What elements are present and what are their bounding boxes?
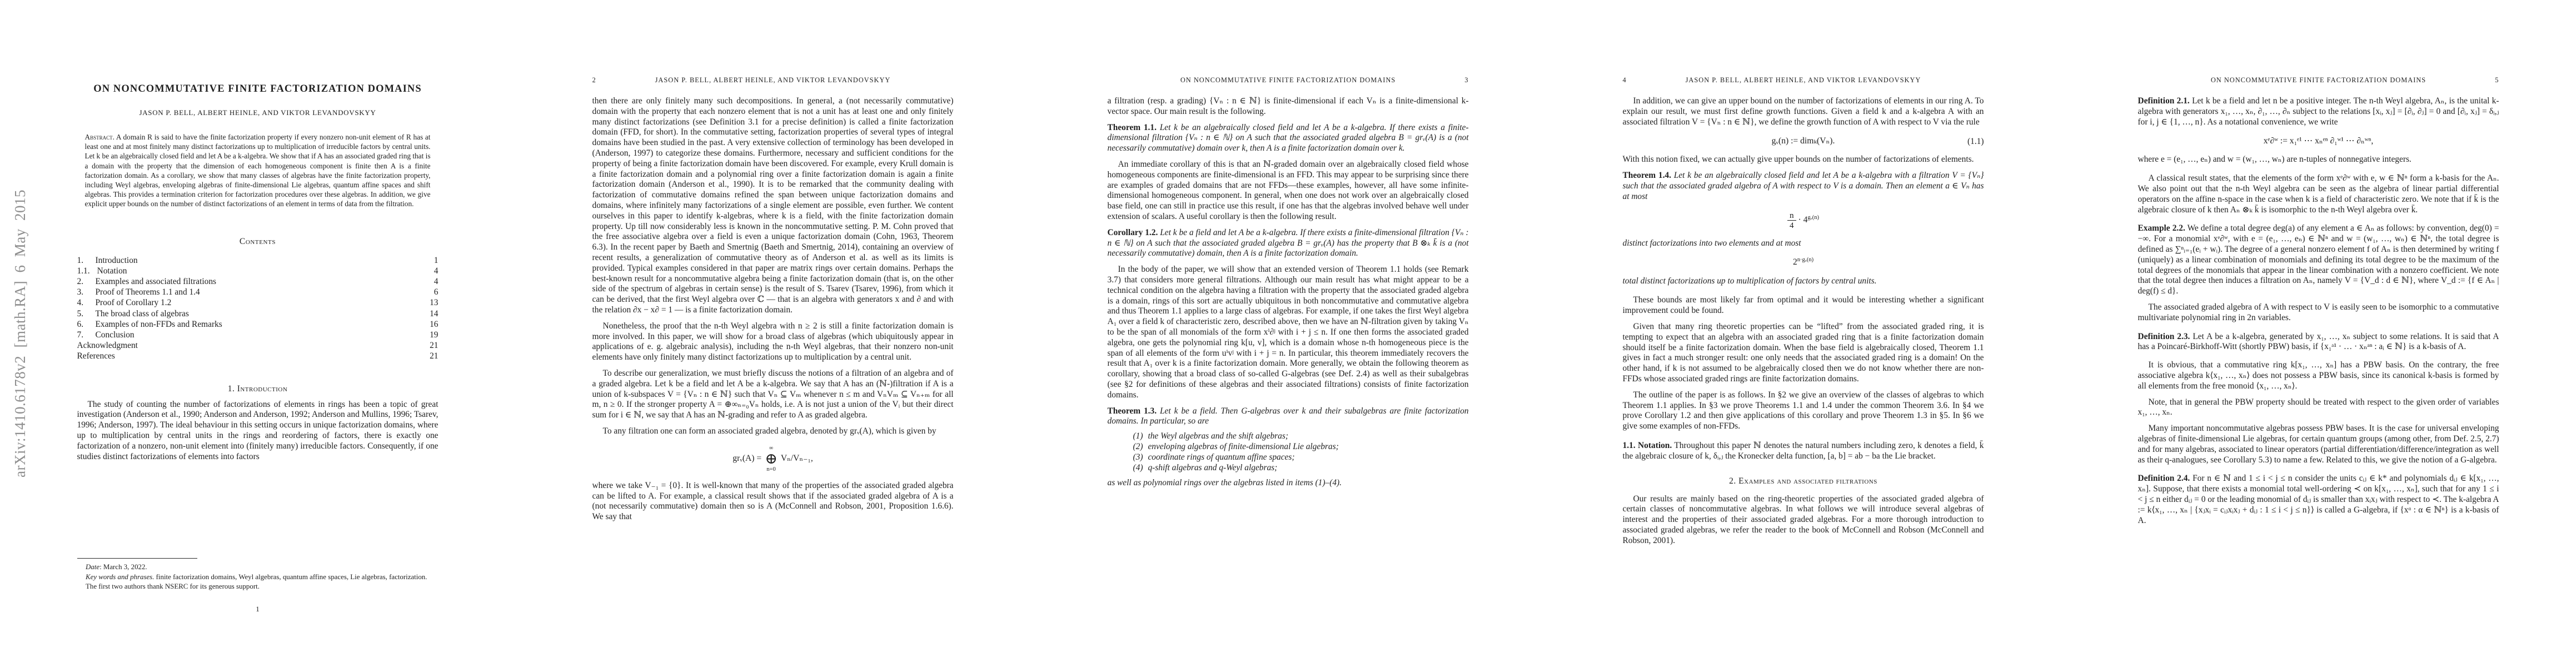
definition-head: Definition 2.4. xyxy=(2138,474,2190,483)
page-4: 4JASON P. BELL, ALBERT HEINLE, AND VIKTO… xyxy=(1546,0,2061,667)
toc-label: Proof of Theorems 1.1 and 1.4 xyxy=(96,287,200,297)
running-head: 4JASON P. BELL, ALBERT HEINLE, AND VIKTO… xyxy=(1623,0,1984,84)
theorem-head: Theorem 1.4. xyxy=(1623,171,1671,180)
toc-label: References xyxy=(77,351,115,361)
toc-number: 3. xyxy=(77,287,88,297)
toc-page: 4 xyxy=(434,266,439,276)
toc-label: Examples and associated filtrations xyxy=(96,276,217,287)
definition-2-1: Definition 2.1. Let k be a field and let… xyxy=(2138,96,2499,127)
toc-page: 19 xyxy=(430,330,438,340)
item-text: q-shift algebras and q-Weyl algebras; xyxy=(1148,463,1277,474)
table-of-contents: 1.Introduction1 1.1.Notation4 2.Examples… xyxy=(77,255,439,362)
page-5-column: ON NONCOMMUTATIVE FINITE FACTORIZATION D… xyxy=(2138,0,2499,526)
bound-formula-two-factors: n4 · 4gᵥ(n) xyxy=(1623,211,1984,230)
theorem-item: (3)coordinate rings of quantum affine sp… xyxy=(1133,452,1469,463)
toc-row: 3.Proof of Theorems 1.1 and 1.46 xyxy=(77,287,439,297)
toc-number: 2. xyxy=(77,276,88,287)
bigoplus-lower-limit: n=0 xyxy=(766,466,775,472)
theorem-body: Let k be an algebraically closed field a… xyxy=(1623,171,1984,201)
paragraph: To describe our generalization, we must … xyxy=(592,369,954,421)
item-number: (3) xyxy=(1133,452,1143,463)
toc-label: Proof of Corollary 1.2 xyxy=(96,297,172,308)
theorem-head: Theorem 1.1. xyxy=(1108,123,1157,132)
toc-row: 4.Proof of Corollary 1.213 xyxy=(77,297,439,308)
paragraph: It is obvious, that a commutative ring k… xyxy=(2138,360,2499,391)
example-head: Example 2.2. xyxy=(2138,223,2185,233)
definition-2-3: Definition 2.3. Let A be a k-algebra, ge… xyxy=(2138,332,2499,353)
definition-head: Definition 2.1. xyxy=(2138,96,2190,106)
theorem-1-3: Theorem 1.3. Let k be a field. Then G-al… xyxy=(1108,406,1469,427)
paragraph: Given that many ring theoretic propertie… xyxy=(1623,322,1984,385)
authors-line: JASON P. BELL, ALBERT HEINLE, AND VIKTOR… xyxy=(77,108,439,117)
paragraph: Many important noncommutative algebras p… xyxy=(2138,424,2499,465)
toc-label: Acknowledgment xyxy=(77,340,138,351)
paragraph: An immediate corollary of this is that a… xyxy=(1108,160,1469,222)
toc-number: 5. xyxy=(77,308,88,319)
toc-page: 16 xyxy=(430,319,438,330)
theorem-1-3-outro: as well as polynomial rings over the alg… xyxy=(1108,478,1469,489)
page-1-column: ON NONCOMMUTATIVE FINITE FACTORIZATION D… xyxy=(77,0,439,462)
paragraph: In the body of the paper, we will show t… xyxy=(1108,265,1469,400)
toc-page: 13 xyxy=(430,297,438,308)
formula-rhs: Vₙ/Vₙ₋₁, xyxy=(781,454,813,463)
toc-row: 5.The broad class of algebras14 xyxy=(77,308,439,319)
running-head-title: ON NONCOMMUTATIVE FINITE FACTORIZATION D… xyxy=(2211,76,2426,84)
toc-row: 7.Conclusion19 xyxy=(77,330,439,340)
theorem-1-4: Theorem 1.4. Let k be an algebraically c… xyxy=(1623,171,1984,202)
footnote-block: Date: March 3, 2022. Key words and phras… xyxy=(77,558,439,592)
keywords-text: finite factorization domains, Weyl algeb… xyxy=(154,573,427,581)
theorem-body: Let k be an algebraically closed field a… xyxy=(1108,123,1469,153)
theorem-body: Let k be a field. Then G-algebras over k… xyxy=(1108,406,1469,426)
section-1-heading: 1. Introduction xyxy=(77,384,439,394)
weyl-monomial-formula: xᵉ∂ʷ := x₁ᵉ¹ ⋯ xₙᵉⁿ ∂₁ʷ¹ ⋯ ∂ₙʷⁿ, xyxy=(2138,136,2499,146)
corollary-1-2: Corollary 1.2. Let k be a field and let … xyxy=(1108,228,1469,259)
toc-row: 1.1.Notation4 xyxy=(77,266,439,276)
corollary-head: Corollary 1.2. xyxy=(1108,228,1158,237)
paragraph: where we take V₋₁ = {0}. It is well-know… xyxy=(592,481,954,522)
toc-label: Conclusion xyxy=(96,330,134,340)
paragraph: Our results are mainly based on the ring… xyxy=(1623,494,1984,546)
formula-base: 2 xyxy=(1793,258,1797,267)
paragraph: Nonetheless, the proof that the n-th Wey… xyxy=(592,321,954,363)
equation-body: gᵥ(n) := dimₖ(Vₙ). xyxy=(1772,136,1835,146)
definition-head: Definition 2.3. xyxy=(2138,332,2190,341)
definition-body: Let A be a k-algebra, generated by x₁, …… xyxy=(2138,332,2499,352)
paragraph: Note, that in general the PBW property s… xyxy=(2138,397,2499,419)
date-label: Date xyxy=(86,563,99,571)
bigoplus-operator: ⊕ xyxy=(765,451,778,466)
toc-label: The broad class of algebras xyxy=(96,308,189,319)
toc-page: 21 xyxy=(430,340,438,351)
toc-label: Introduction xyxy=(96,255,138,266)
fraction: n4 xyxy=(1787,211,1796,230)
paragraph: where e = (e₁, …, eₙ) and w = (w₁, …, wₙ… xyxy=(2138,155,2499,165)
footnote-keywords: Key words and phrases. finite factorizat… xyxy=(77,573,439,583)
running-head-page-number: 4 xyxy=(1623,76,1627,84)
fraction-denominator: 4 xyxy=(1787,221,1796,230)
example-body: We define a total degree deg(a) of any e… xyxy=(2138,223,2499,296)
document-canvas: arXiv:1410.6178v2 [math.RA] 6 May 2015 O… xyxy=(0,0,2576,667)
toc-row: Acknowledgment21 xyxy=(77,340,439,351)
fraction-numerator: n xyxy=(1787,211,1796,221)
toc-page: 14 xyxy=(430,308,438,319)
paragraph: The outline of the paper is as follows. … xyxy=(1623,390,1984,432)
running-head-title: ON NONCOMMUTATIVE FINITE FACTORIZATION D… xyxy=(1180,76,1396,84)
toc-number: 4. xyxy=(77,297,88,308)
paragraph: These bounds are most likely far from op… xyxy=(1623,295,1984,316)
footnote-date: Date: March 3, 2022. xyxy=(77,563,439,573)
running-head-page-number: 3 xyxy=(1464,76,1468,84)
running-head-authors: JASON P. BELL, ALBERT HEINLE, AND VIKTOR… xyxy=(1686,76,1921,84)
example-2-2: Example 2.2. We define a total degree de… xyxy=(2138,223,2499,297)
toc-label: Notation xyxy=(97,266,127,276)
toc-page: 1 xyxy=(434,255,439,266)
page-1: arXiv:1410.6178v2 [math.RA] 6 May 2015 O… xyxy=(0,0,515,667)
running-head: 2JASON P. BELL, ALBERT HEINLE, AND VIKTO… xyxy=(592,0,954,84)
abstract-label: Abstract. xyxy=(85,133,114,141)
toc-number: 7. xyxy=(77,330,88,340)
item-text: enveloping algebras of finite-dimensiona… xyxy=(1148,442,1338,452)
formula-superscript: n·gᵥ(n) xyxy=(1797,257,1813,263)
paper-title: ON NONCOMMUTATIVE FINITE FACTORIZATION D… xyxy=(77,0,439,95)
notation-block: 1.1. Notation. Throughout this paper ℕ d… xyxy=(1623,441,1984,462)
running-head-page-number: 2 xyxy=(592,76,596,84)
toc-row: References21 xyxy=(77,351,439,361)
toc-number: 1.1. xyxy=(77,266,90,276)
paragraph: To any filtration one can form an associ… xyxy=(592,426,954,437)
bigoplus-stack: ∞⊕n=0 xyxy=(765,445,778,472)
notation-body: Throughout this paper ℕ denotes the natu… xyxy=(1623,441,1984,461)
page-4-column: 4JASON P. BELL, ALBERT HEINLE, AND VIKTO… xyxy=(1623,0,1984,546)
paragraph: With this notion fixed, we can actually … xyxy=(1623,155,1984,165)
item-number: (4) xyxy=(1133,463,1143,474)
theorem-item: (1)the Weyl algebras and the shift algeb… xyxy=(1133,431,1469,442)
running-head: ON NONCOMMUTATIVE FINITE FACTORIZATION D… xyxy=(2138,0,2499,84)
contents-heading: Contents xyxy=(77,237,439,247)
theorem-1-3-list: (1)the Weyl algebras and the shift algeb… xyxy=(1108,431,1469,473)
running-head-authors: JASON P. BELL, ALBERT HEINLE, AND VIKTOR… xyxy=(655,76,891,84)
intro-paragraph: The study of counting the number of fact… xyxy=(77,400,439,462)
formula-superscript: gᵥ(n) xyxy=(1807,214,1819,220)
theorem-item: (4)q-shift algebras and q-Weyl algebras; xyxy=(1133,463,1469,474)
bound-formula-total: 2n·gᵥ(n) xyxy=(1623,257,1984,267)
definition-body: For n ∈ ℕ and 1 ≤ i < j ≤ n consider the… xyxy=(2138,474,2499,525)
toc-page: 4 xyxy=(434,276,439,287)
notation-head: 1.1. Notation. xyxy=(1623,441,1672,450)
paragraph: then there are only finitely many such d… xyxy=(592,96,954,316)
footnote-support: The first two authors thank NSERC for it… xyxy=(77,582,439,592)
running-head: ON NONCOMMUTATIVE FINITE FACTORIZATION D… xyxy=(1108,0,1469,84)
toc-label: Examples of non-FFDs and Remarks xyxy=(96,319,222,330)
abstract-text: A domain R is said to have the finite fa… xyxy=(85,133,431,208)
toc-row: 1.Introduction1 xyxy=(77,255,439,266)
definition-2-4: Definition 2.4. For n ∈ ℕ and 1 ≤ i < j … xyxy=(2138,474,2499,526)
toc-number: 1. xyxy=(77,255,88,266)
equation-1-1: gᵥ(n) := dimₖ(Vₙ).(1.1) xyxy=(1623,136,1984,146)
footnote-rule xyxy=(77,558,197,559)
page-5: ON NONCOMMUTATIVE FINITE FACTORIZATION D… xyxy=(2061,0,2576,667)
toc-row: 2.Examples and associated filtrations4 xyxy=(77,276,439,287)
date-text: : March 3, 2022. xyxy=(99,563,147,571)
theorem-item: (2)enveloping algebras of finite-dimensi… xyxy=(1133,442,1469,452)
paragraph: a filtration (resp. a grading) {Vₙ : n ∈… xyxy=(1108,96,1469,117)
definition-body: Let k be a field and let n be a positive… xyxy=(2138,96,2499,127)
section-2-heading: 2. Examples and associated filtrations xyxy=(1623,476,1984,486)
item-text: the Weyl algebras and the shift algebras… xyxy=(1148,431,1288,442)
formula-lhs: grᵥ(A) = xyxy=(733,454,761,463)
toc-number: 6. xyxy=(77,319,88,330)
corollary-body: Let k be a field and let A be a k-algebr… xyxy=(1108,228,1469,258)
paragraph: The associated graded algebra of A with … xyxy=(2138,302,2499,323)
paragraph: In addition, we can give an upper bound … xyxy=(1623,96,1984,127)
item-number: (2) xyxy=(1133,442,1143,452)
formula-middle: · 4 xyxy=(1796,215,1808,225)
page-2: 2JASON P. BELL, ALBERT HEINLE, AND VIKTO… xyxy=(515,0,1030,667)
equation-tag: (1.1) xyxy=(1967,137,1984,147)
running-head-page-number: 5 xyxy=(2495,76,2499,84)
page-2-column: 2JASON P. BELL, ALBERT HEINLE, AND VIKTO… xyxy=(592,0,954,522)
theorem-1-4-text: distinct factorizations into two element… xyxy=(1623,238,1984,249)
arxiv-stamp: arXiv:1410.6178v2 [math.RA] 6 May 2015 xyxy=(12,114,31,553)
toc-row: 6.Examples of non-FFDs and Remarks16 xyxy=(77,319,439,330)
theorem-head: Theorem 1.3. xyxy=(1108,406,1157,416)
toc-page: 21 xyxy=(430,351,438,361)
theorem-1-4-outro: total distinct factorizations up to mult… xyxy=(1623,276,1984,287)
page-1-number: 1 xyxy=(0,605,515,614)
keywords-label: Key words and phrases. xyxy=(86,573,154,581)
theorem-1-1: Theorem 1.1. Let k be an algebraically c… xyxy=(1108,123,1469,154)
item-number: (1) xyxy=(1133,431,1143,442)
page-3-column: ON NONCOMMUTATIVE FINITE FACTORIZATION D… xyxy=(1108,0,1469,489)
page-3: ON NONCOMMUTATIVE FINITE FACTORIZATION D… xyxy=(1030,0,1546,667)
item-text: coordinate rings of quantum affine space… xyxy=(1148,452,1294,463)
paragraph: A classical result states, that the elem… xyxy=(2138,173,2499,215)
abstract: Abstract. A domain R is said to have the… xyxy=(85,132,431,209)
display-formula-graded-algebra: grᵥ(A) =∞⊕n=0Vₙ/Vₙ₋₁, xyxy=(592,445,954,472)
toc-page: 6 xyxy=(434,287,439,297)
